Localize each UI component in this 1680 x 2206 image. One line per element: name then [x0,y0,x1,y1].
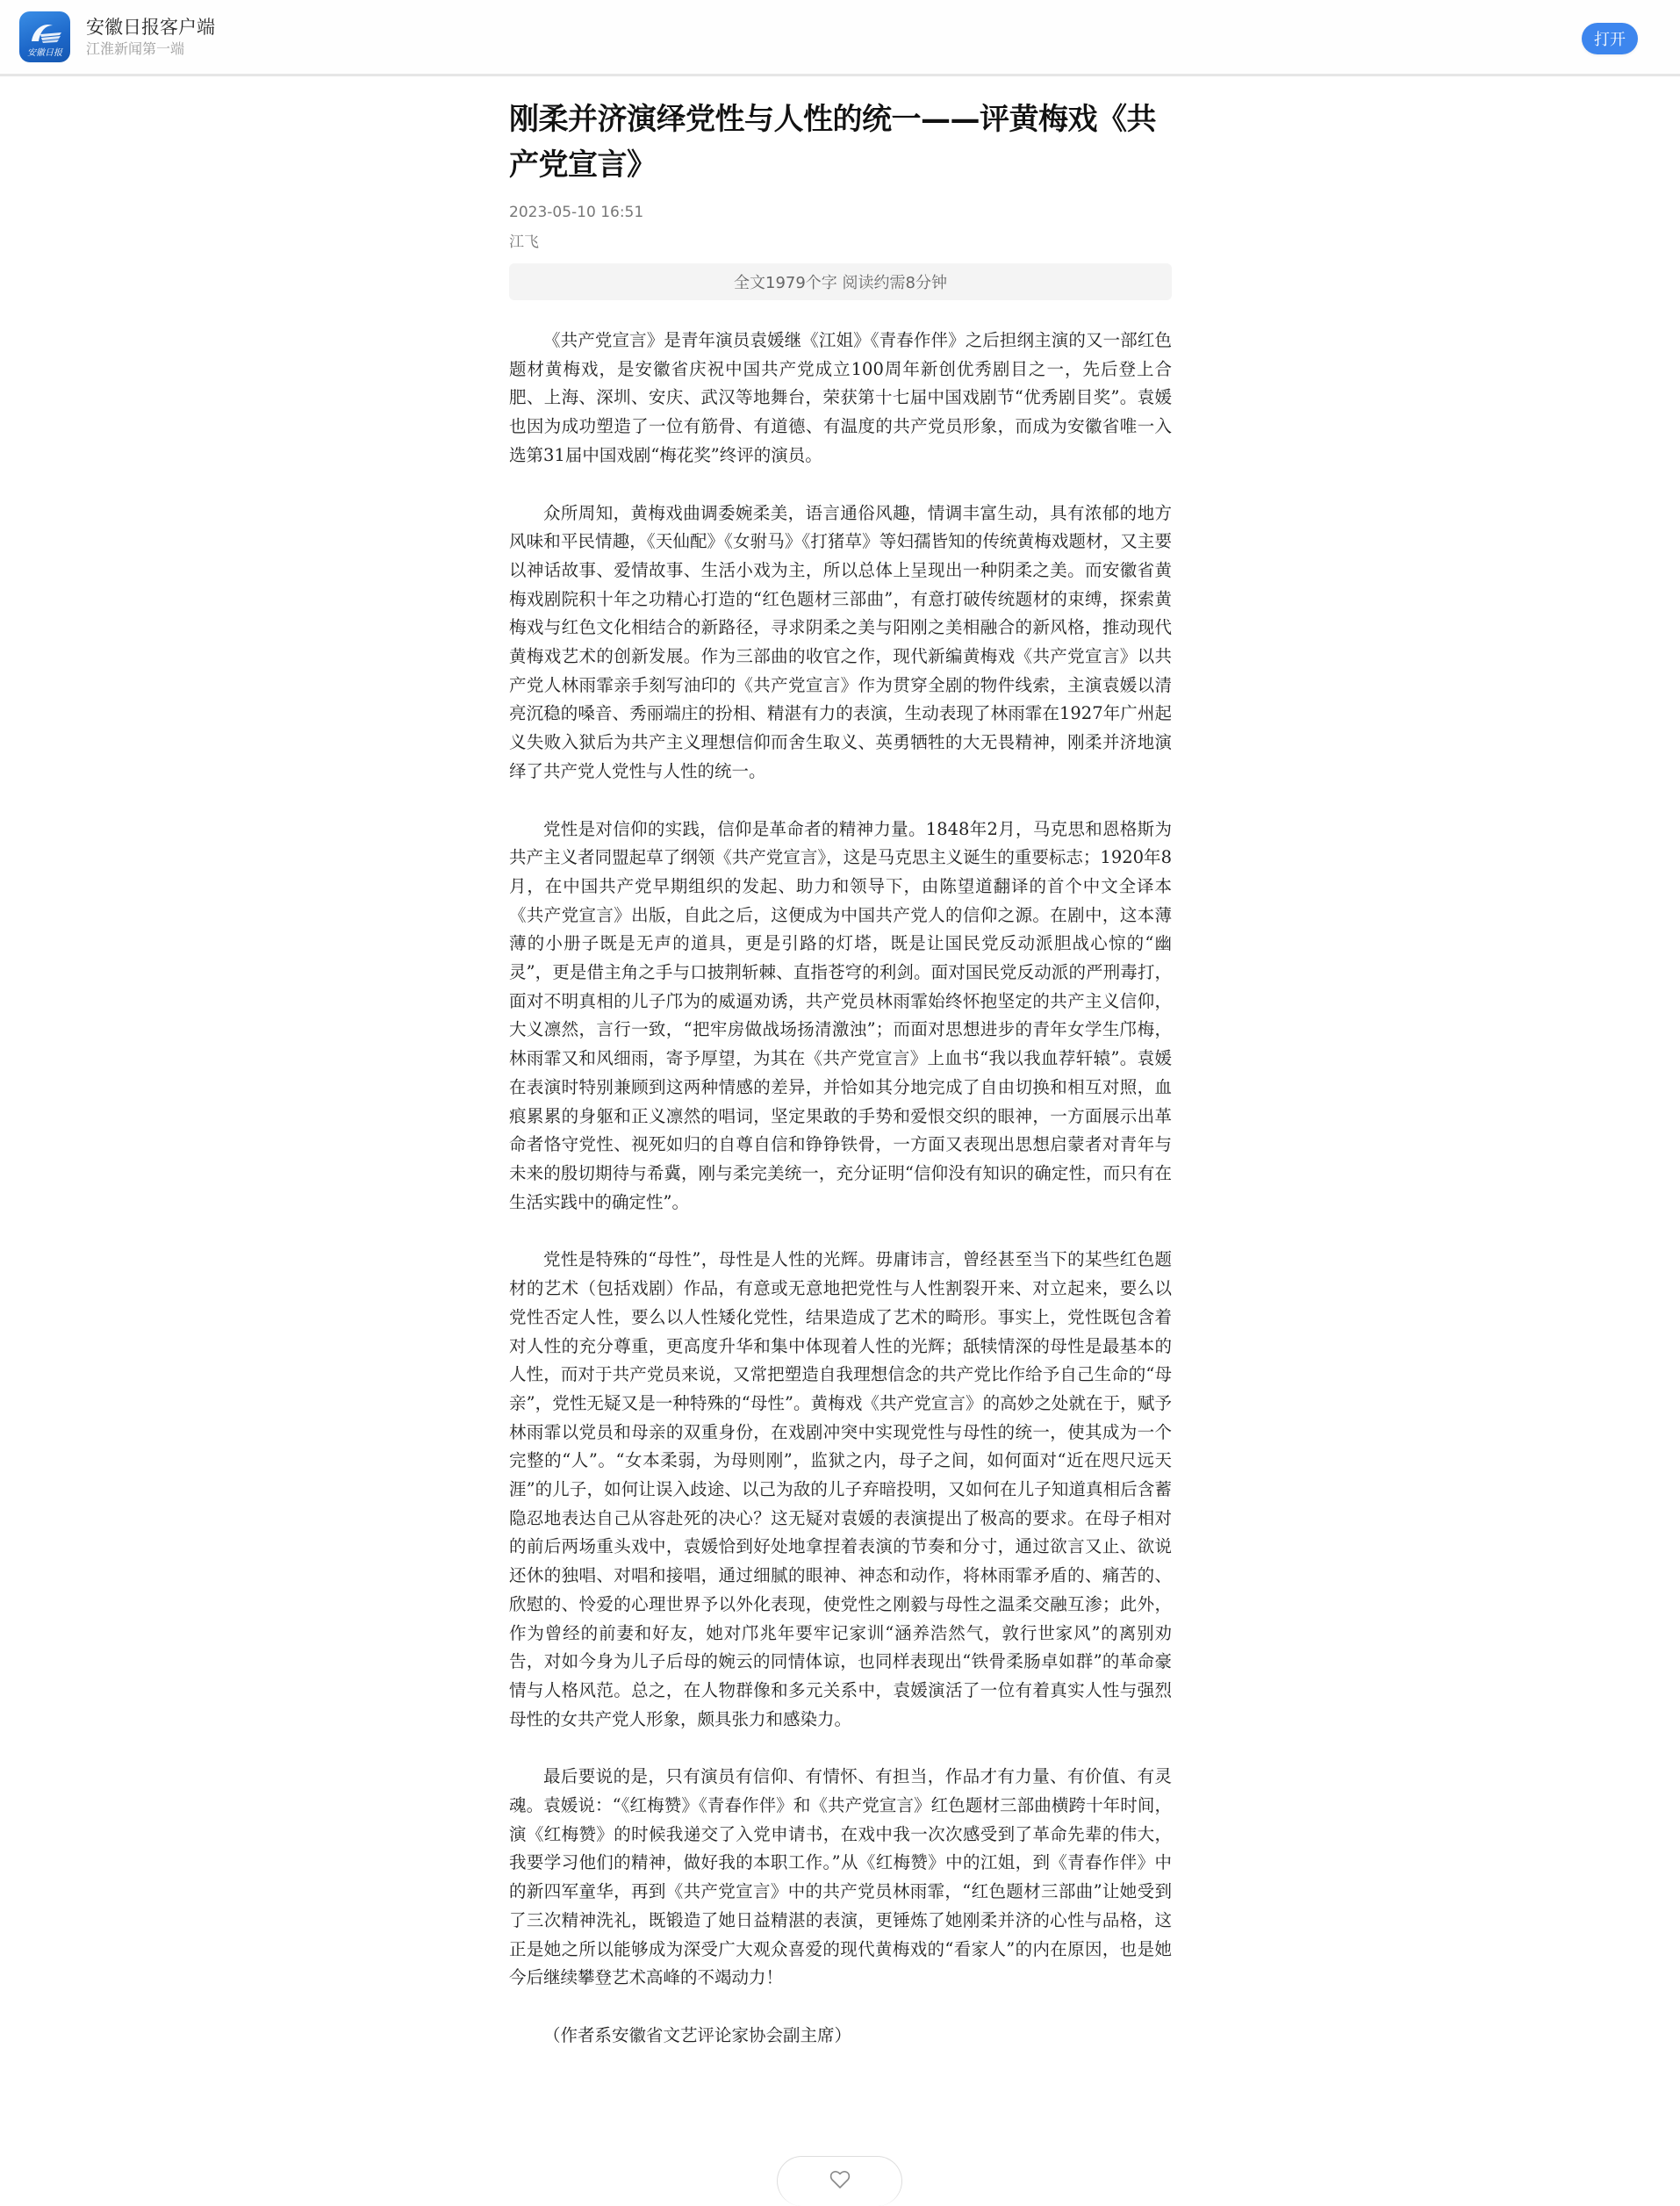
app-slogan: 江淮新闻第一端 [86,40,215,59]
reading-info-bar: 全文1979个字 阅读约需8分钟 [509,263,1172,300]
like-button[interactable] [777,2156,902,2206]
app-info: 安徽日报客户端 江淮新闻第一端 [86,15,215,59]
author-name: 江飞 [509,232,1172,253]
open-app-button[interactable]: 打开 [1582,23,1638,54]
paragraph: 党性是对信仰的实践，信仰是革命者的精神力量。1848年2月，马克思和恩格斯为共产… [509,816,1172,1218]
svg-text:安徽日报: 安徽日报 [27,47,63,58]
article: 刚柔并济演绎党性与人性的统一——评黄梅戏《共产党宣言》 2023-05-10 1… [509,97,1172,2080]
article-body: 《共产党宣言》是青年演员袁媛继《江姐》《青春作伴》之后担纲主演的又一部红色题材黄… [509,327,1172,2051]
paragraph: 《共产党宣言》是青年演员袁媛继《江姐》《青春作伴》之后担纲主演的又一部红色题材黄… [509,327,1172,471]
app-name: 安徽日报客户端 [86,15,215,40]
author-note: （作者系安徽省文艺评论家协会副主席） [509,2022,1172,2051]
app-download-banner: 安徽日报 安徽日报客户端 江淮新闻第一端 打开 [0,0,1680,76]
heart-icon [829,2170,851,2193]
anhui-daily-logo-icon: 安徽日报 [19,11,70,62]
paragraph: 党性是特殊的“母性”，母性是人性的光辉。毋庸讳言，曾经甚至当下的某些红色题材的艺… [509,1246,1172,1734]
paragraph: 众所周知，黄梅戏曲调委婉柔美，语言通俗风趣，情调丰富生动，具有浓郁的地方风味和平… [509,499,1172,787]
article-title: 刚柔并济演绎党性与人性的统一——评黄梅戏《共产党宣言》 [509,97,1172,188]
page: 安徽日报 安徽日报客户端 江淮新闻第一端 打开 刚柔并济演绎党性与人性的统一——… [0,0,1680,2206]
publish-time: 2023-05-10 16:51 [509,202,1172,223]
paragraph: 最后要说的是，只有演员有信仰、有情怀、有担当，作品才有力量、有价值、有灵魂。袁媛… [509,1763,1172,1993]
